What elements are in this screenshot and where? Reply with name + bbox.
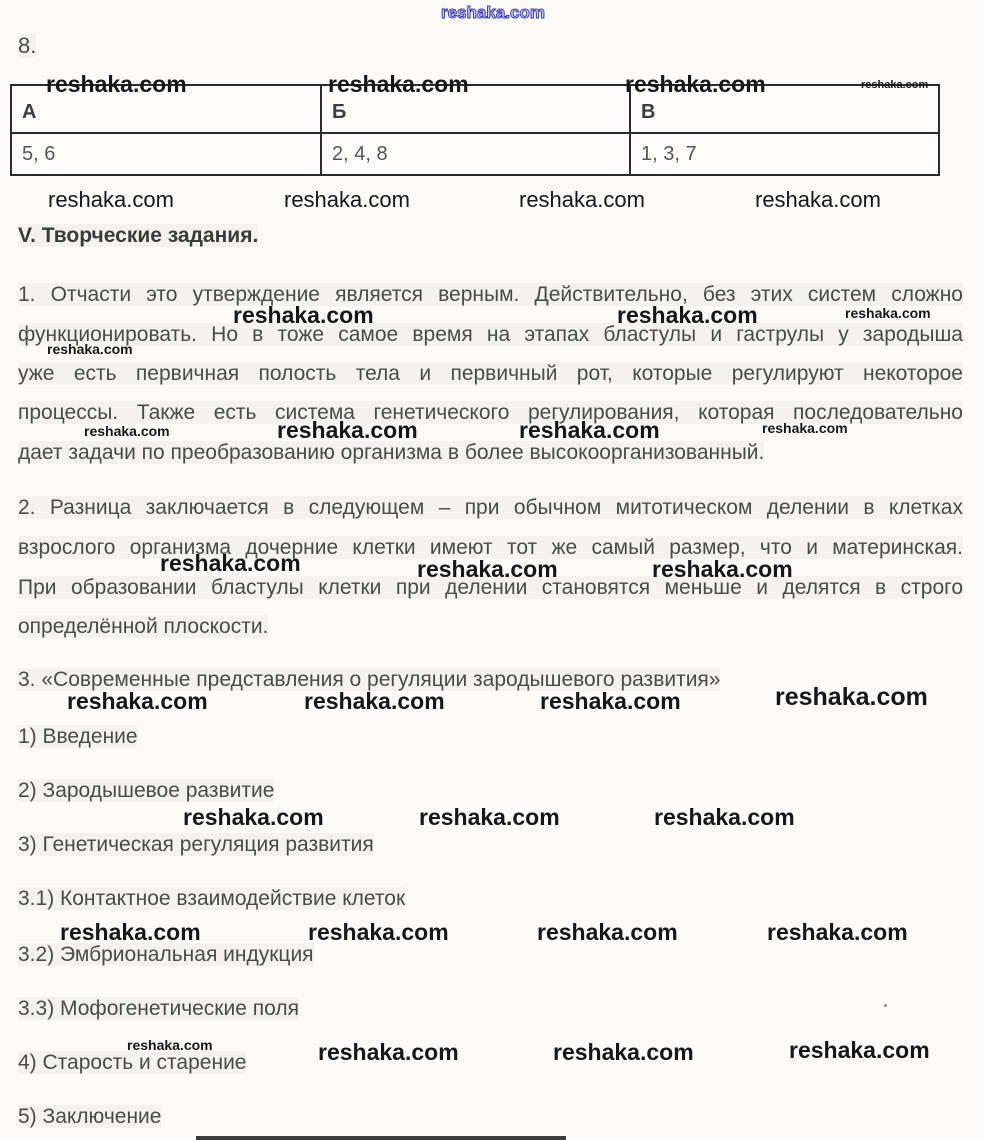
watermark: reshaka.com <box>654 806 795 829</box>
answer1-line-text: дает задачи по преобразованию организма … <box>18 441 764 464</box>
watermark: reshaka.com <box>625 73 766 96</box>
watermark: reshaka.com <box>183 806 324 829</box>
watermark: reshaka.com <box>540 690 681 713</box>
outline-item: 4) Старость и старение <box>18 1051 246 1075</box>
watermark: reshaka.com <box>775 685 928 710</box>
cropped-table-edge <box>196 1136 566 1140</box>
section-heading: V. Творческие задания. <box>18 224 258 248</box>
watermark: reshaka.com <box>419 806 560 829</box>
watermark: reshaka.com <box>861 80 928 91</box>
outline-item-text: 1) Введение <box>18 725 138 748</box>
answer2-line: 2. Разница заключается в следующем – при… <box>18 496 963 520</box>
outline-item-text: 5) Заключение <box>18 1105 161 1128</box>
question-number: 8. <box>18 33 36 59</box>
outline-item: 3.2) Эмбриональная индукция <box>18 943 314 967</box>
watermark: reshaka.com <box>789 1039 930 1062</box>
watermark: reshaka.com <box>553 1041 694 1064</box>
outline-item: 1) Введение <box>18 725 138 749</box>
watermark: reshaka.com <box>46 73 187 96</box>
outline-item: 3.3) Мофогенетические поля <box>18 997 299 1021</box>
stray-dot <box>884 1004 887 1007</box>
watermark: reshaka.com <box>328 73 469 96</box>
outline-item-text: 3.2) Эмбриональная индукция <box>18 943 314 966</box>
watermark: reshaka.com <box>519 189 645 211</box>
watermark: reshaka.com <box>277 419 418 442</box>
outline-item: 3) Генетическая регуляция развития <box>18 833 374 857</box>
answer2-line-text: 2. Разница заключается в следующем – при… <box>18 496 963 519</box>
document-page: reshaka.com 8. А Б В 5, 6 2, 4, 8 1, 3, … <box>0 0 983 1140</box>
answer1-line-text: 1. Отчасти это утверждение является верн… <box>18 283 963 306</box>
answer1-line-text: функционировать. Но в тоже самое время н… <box>18 323 963 346</box>
answer2-line-text: определённой плоскости. <box>18 615 268 638</box>
answer1-line: функционировать. Но в тоже самое время н… <box>18 323 963 347</box>
watermark: reshaka.com <box>755 189 881 211</box>
watermark: reshaka.com <box>617 304 758 327</box>
answer1-line: уже есть первичная полость тела и первич… <box>18 362 963 386</box>
outline-item: 5) Заключение <box>18 1105 161 1129</box>
watermark: reshaka.com <box>845 306 931 320</box>
watermark: reshaka.com <box>67 690 208 713</box>
watermark: reshaka.com <box>233 304 374 327</box>
watermark-top: reshaka.com <box>441 4 545 21</box>
answer1-line: 1. Отчасти это утверждение является верн… <box>18 283 963 307</box>
watermark: reshaka.com <box>519 419 660 442</box>
section-heading-label: V. Творческие задания. <box>18 224 258 247</box>
answer1-line: дает задачи по преобразованию организма … <box>18 441 963 465</box>
table-value-row: 5, 6 2, 4, 8 1, 3, 7 <box>11 133 939 175</box>
watermark: reshaka.com <box>652 558 793 581</box>
watermark: reshaka.com <box>537 921 678 944</box>
outline-item-text: 2) Зародышевое развитие <box>18 779 274 802</box>
outline-item-text: 4) Старость и старение <box>18 1051 246 1074</box>
watermark: reshaka.com <box>48 189 174 211</box>
watermark: reshaka.com <box>318 1041 459 1064</box>
watermark: reshaka.com <box>304 690 445 713</box>
watermark: reshaka.com <box>47 342 133 356</box>
answer1-line-text: уже есть первичная полость тела и первич… <box>18 362 963 385</box>
watermark: reshaka.com <box>284 189 410 211</box>
table-cell-a: 5, 6 <box>11 133 321 175</box>
answer-table: А Б В 5, 6 2, 4, 8 1, 3, 7 <box>10 84 940 176</box>
watermark: reshaka.com <box>60 921 201 944</box>
table-cell-v: 1, 3, 7 <box>630 133 939 175</box>
outline-item-text: 3) Генетическая регуляция развития <box>18 833 374 856</box>
watermark: reshaka.com <box>160 552 301 575</box>
watermark: reshaka.com <box>84 424 170 438</box>
watermark: reshaka.com <box>308 921 449 944</box>
watermark: reshaka.com <box>762 421 848 435</box>
question-number-label: 8. <box>18 33 36 58</box>
outline-item: 2) Зародышевое развитие <box>18 779 274 803</box>
watermark: reshaka.com <box>417 558 558 581</box>
answer2-line: определённой плоскости. <box>18 615 963 639</box>
watermark: reshaka.com <box>127 1038 213 1052</box>
outline-item-text: 3.1) Контактное взаимодействие клеток <box>18 887 405 910</box>
table-cell-b: 2, 4, 8 <box>321 133 630 175</box>
watermark: reshaka.com <box>767 921 908 944</box>
outline-item-text: 3.3) Мофогенетические поля <box>18 997 299 1020</box>
outline-item: 3.1) Контактное взаимодействие клеток <box>18 887 405 911</box>
